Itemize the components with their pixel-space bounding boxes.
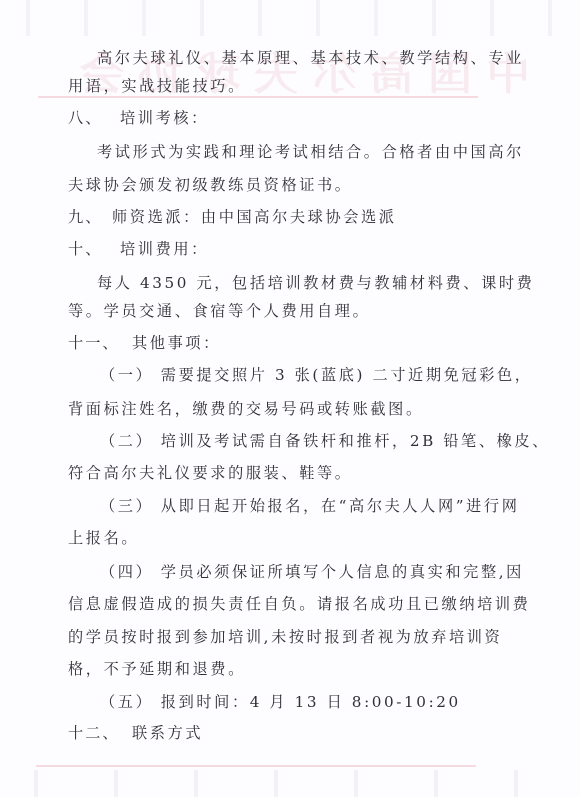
section-8-line-1: 考试形式为实践和理论考试相结合。合格者由中国高尔 <box>97 142 524 162</box>
section-12-number: 十二、 <box>68 723 132 743</box>
scan-artifact-bottom <box>0 770 580 797</box>
scan-artifact-top <box>0 0 580 36</box>
item-2-line-1: （二） 培训及考试需自备铁杆和推杆，2B 铅笔、橡皮、 <box>100 431 550 451</box>
item-2-line-2: 符合高尔夫礼仪要求的服装、鞋等。 <box>68 463 353 483</box>
section-9-title: 师资选派：由中国高尔夫球协会选派 <box>112 208 397 226</box>
item-5-line-1: （五） 报到时间：4 月 13 日 8:00-10:20 <box>100 692 461 712</box>
section-8-title: 培训考核： <box>120 109 209 127</box>
item-4-line-1: （四） 学员必须保证所填写个人信息的真实和完整,因 <box>100 562 524 582</box>
section-10-title: 培训费用： <box>120 240 209 258</box>
item-3-line-2: 上报名。 <box>68 528 139 548</box>
section-11-heading: 十一、其他事项： <box>68 333 221 353</box>
item-4-line-3: 的学员按时报到参加培训,未按时报到者视为放弃培训资 <box>68 627 502 647</box>
section-9-number: 九、 <box>68 207 112 227</box>
item-1-line-1: （一） 需要提交照片 3 张(蓝底) 二寸近期免冠彩色， <box>100 365 533 385</box>
section-10-line-2: 等。学员交通、食宿等个人费用自理。 <box>68 301 370 321</box>
section-9-heading: 九、师资选派：由中国高尔夫球协会选派 <box>68 207 397 227</box>
section-10-heading: 十、培训费用： <box>68 239 209 259</box>
section-8-heading: 八、培训考核： <box>68 108 209 128</box>
item-4-line-4: 格，不予延期和退费。 <box>68 659 246 679</box>
item-4-line-2: 信息虚假造成的损失责任自负。请报名成功且已缴纳培训费 <box>68 594 530 614</box>
section-11-number: 十一、 <box>68 333 132 353</box>
section-12-title: 联系方式 <box>132 724 203 742</box>
section-8-number: 八、 <box>68 108 120 128</box>
document-page: 中国高尔夫球协会 高尔夫球礼仪、基本原理、基本技术、教学结构、专业 用语，实战技… <box>0 0 580 797</box>
section-10-number: 十、 <box>68 239 120 259</box>
section-12-heading: 十二、联系方式 <box>68 723 203 743</box>
section-11-title: 其他事项： <box>132 334 221 352</box>
section-10-line-1: 每人 4350 元，包括培训教材费与教辅材料费、课时费 <box>97 273 534 293</box>
section-8-line-2: 夫球协会颁发初级教练员资格证书。 <box>68 175 353 195</box>
intro-line-2: 用语，实战技能技巧。 <box>68 76 246 96</box>
intro-line-1: 高尔夫球礼仪、基本原理、基本技术、教学结构、专业 <box>97 48 524 68</box>
item-1-line-2: 背面标注姓名，缴费的交易号码或转账截图。 <box>68 399 424 419</box>
item-3-line-1: （三） 从即日起开始报名，在“高尔夫人人网”进行网 <box>100 496 519 516</box>
red-rule-bottom <box>36 765 476 767</box>
red-rule-top <box>38 96 478 98</box>
